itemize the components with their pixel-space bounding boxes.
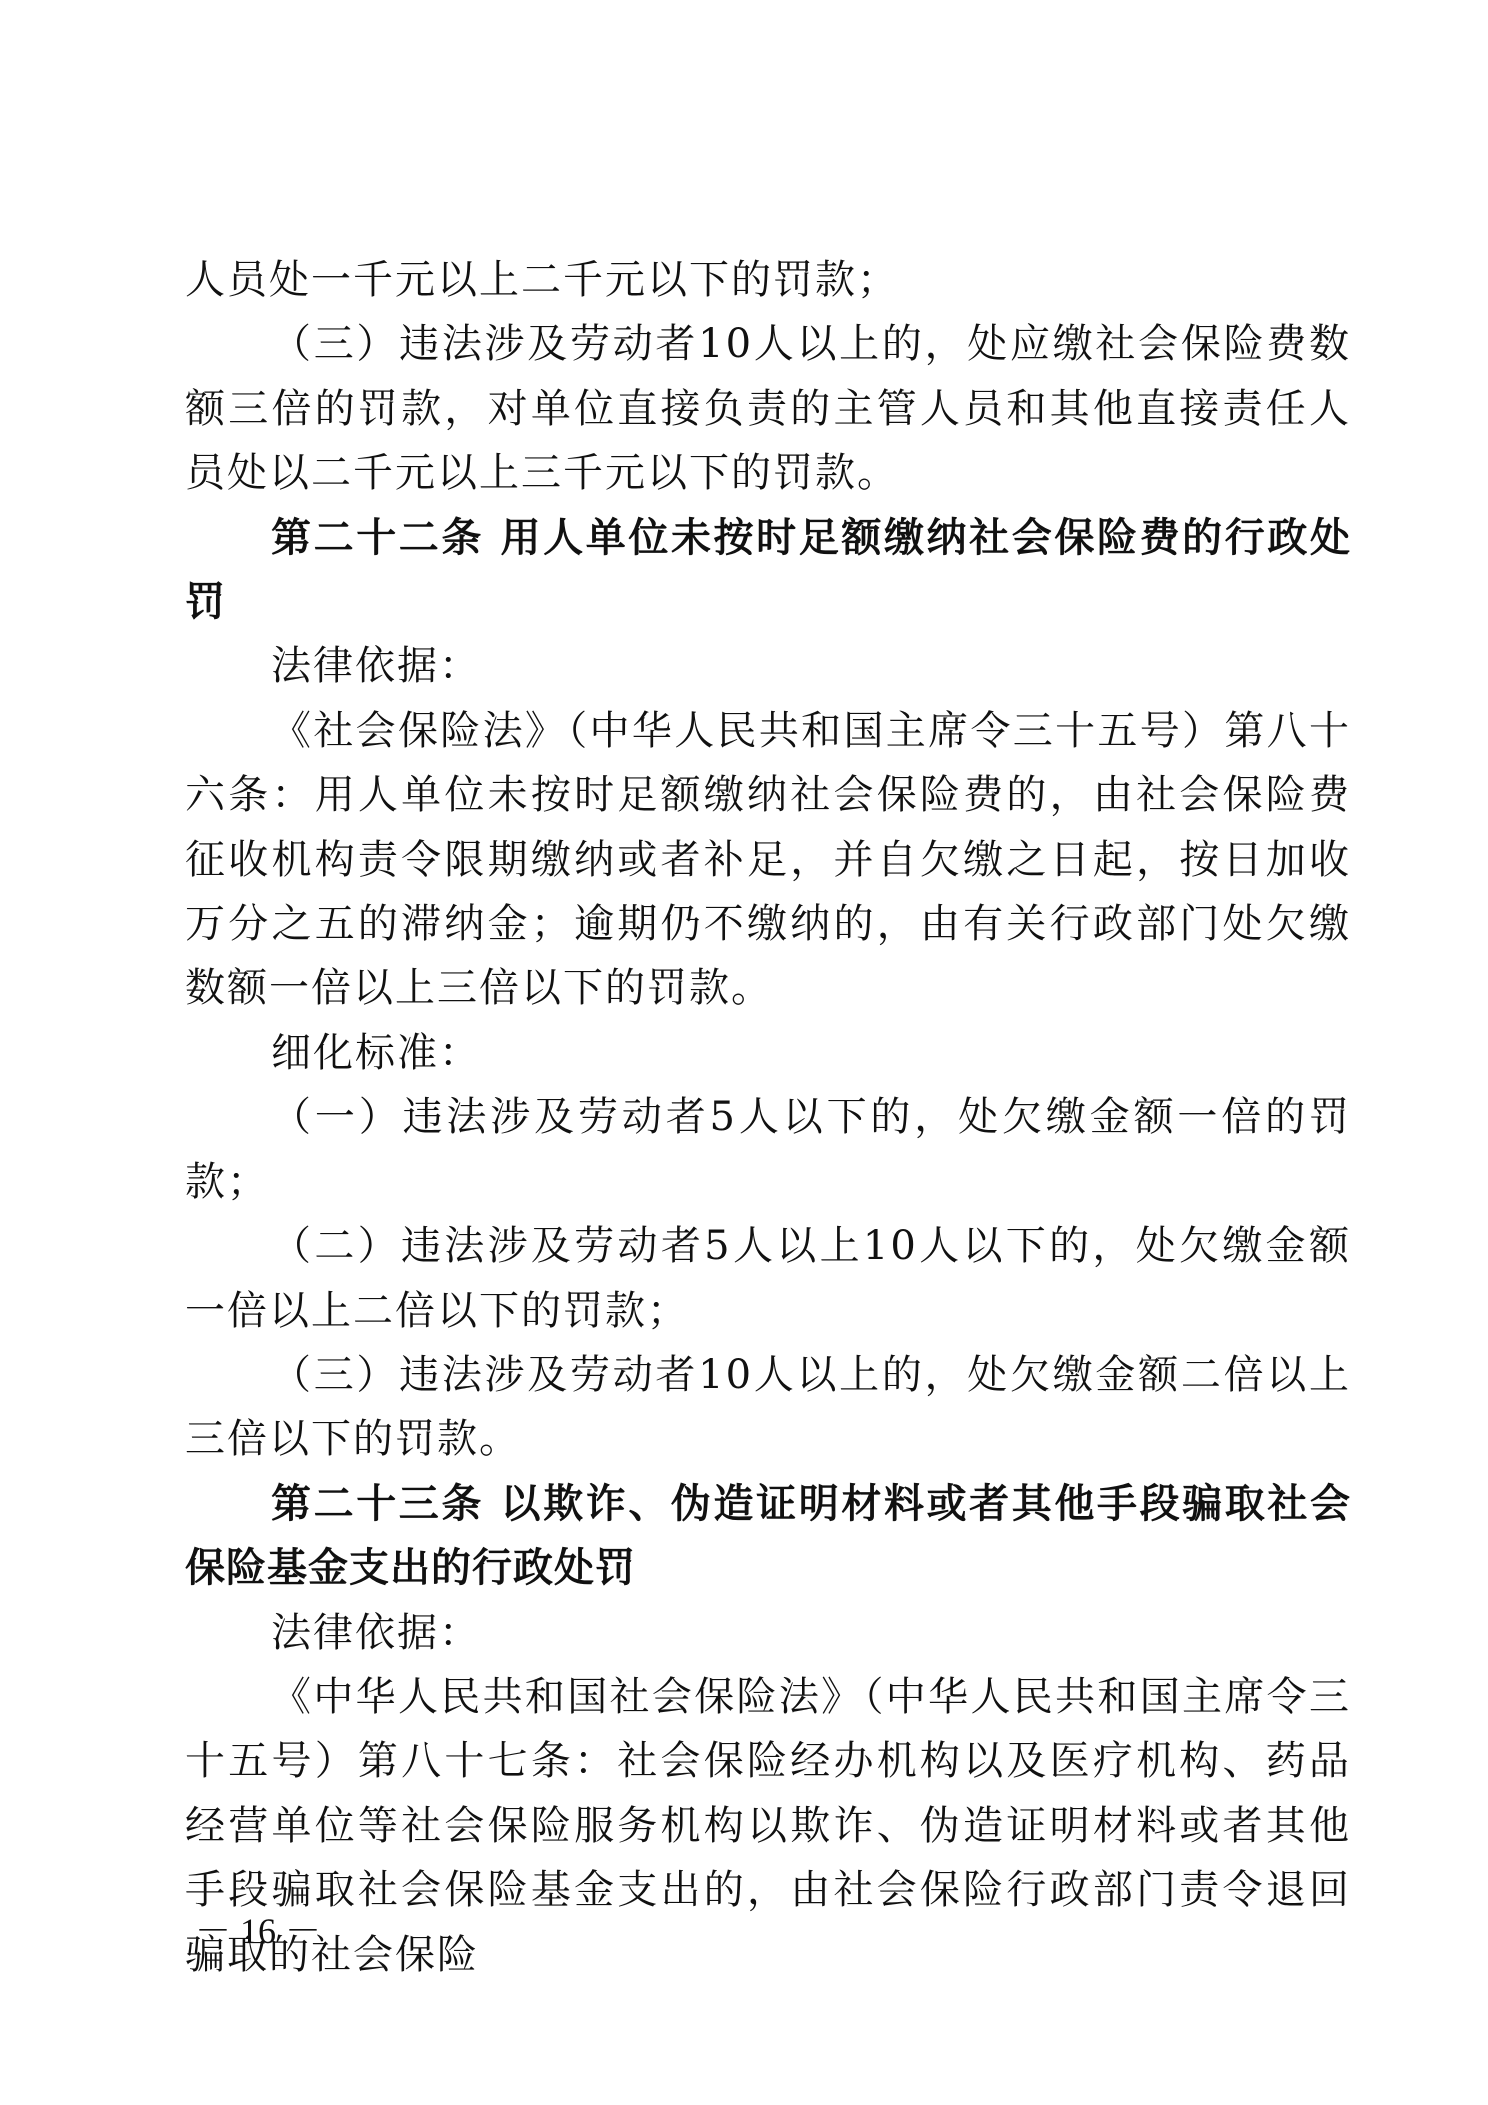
paragraph-item-3-employer-fine: （三）违法涉及劳动者10人以上的，处应缴社会保险费数额三倍的罚款，对单位直接负责…: [185, 312, 1351, 505]
legal-basis-label-2: 法律依据：: [185, 1601, 1351, 1665]
article-22-heading: 第二十二条 用人单位未按时足额缴纳社会保险费的行政处罚: [185, 506, 1351, 635]
paragraph-continuation: 人员处一千元以上二千元以下的罚款；: [185, 248, 1351, 312]
page-number: － 16 －: [195, 1903, 321, 1954]
legal-basis-text-article-86: 《社会保险法》（中华人民共和国主席令三十五号）第八十六条：用人单位未按时足额缴纳…: [185, 699, 1351, 1021]
article-23-heading: 第二十三条 以欺诈、伪造证明材料或者其他手段骗取社会保险基金支出的行政处罚: [185, 1472, 1351, 1601]
legal-basis-text-article-87: 《中华人民共和国社会保险法》（中华人民共和国主席令三十五号）第八十七条：社会保险…: [185, 1665, 1351, 1987]
detailed-standards-label: 细化标准：: [185, 1021, 1351, 1085]
document-page-body: 人员处一千元以上二千元以下的罚款； （三）违法涉及劳动者10人以上的，处应缴社会…: [185, 248, 1351, 1987]
standard-item-2: （二）违法涉及劳动者5人以上10人以下的，处欠缴金额一倍以上二倍以下的罚款；: [185, 1214, 1351, 1343]
standard-item-1: （一）违法涉及劳动者5人以下的，处欠缴金额一倍的罚款；: [185, 1085, 1351, 1214]
standard-item-3: （三）违法涉及劳动者10人以上的，处欠缴金额二倍以上三倍以下的罚款。: [185, 1343, 1351, 1472]
legal-basis-label: 法律依据：: [185, 634, 1351, 698]
